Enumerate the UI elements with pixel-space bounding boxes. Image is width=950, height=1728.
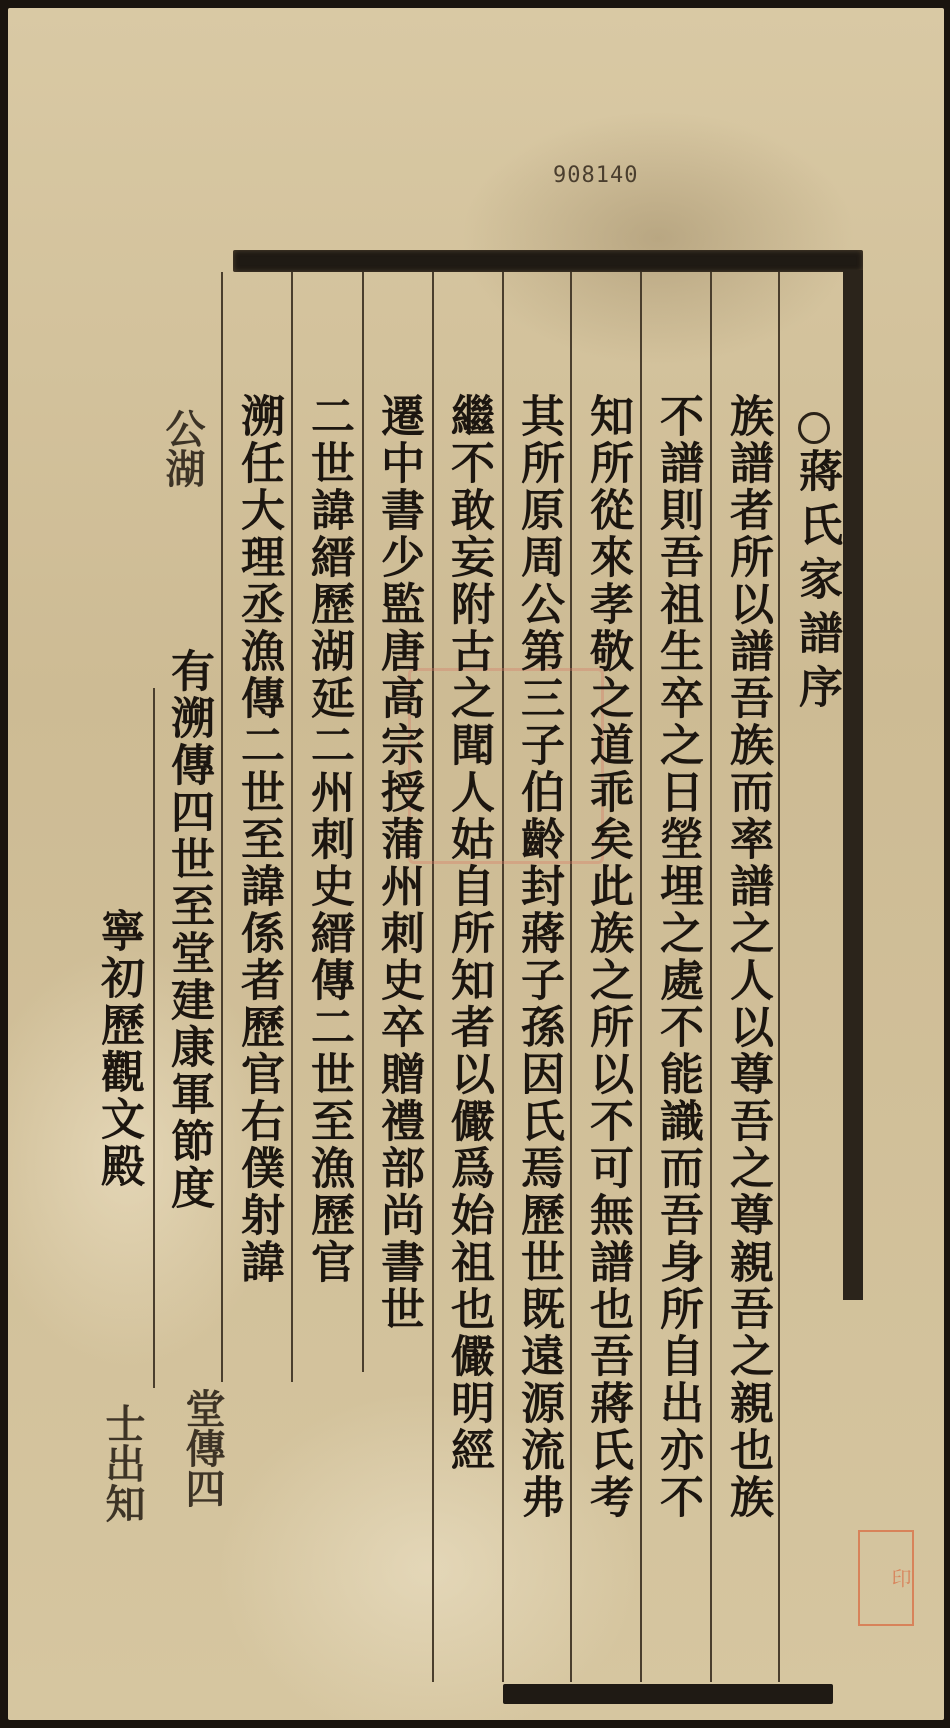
text-column-8: 溯任大理丞漁傳二世至諱係者歷官右僕射諱 [232,393,284,1286]
genealogy-page: 908140 蔣氏家譜序 族譜者所以譜吾族而率譜之人以尊吾之尊親吾之親也族 不譜… [8,8,944,1720]
text-column-5: 繼不敢妄附古之聞人姑自所知者以儼爲始祖也儼明經 [442,393,494,1474]
damaged-text-fragment: 士出知 [98,1403,146,1523]
column-divider [570,272,572,1682]
damaged-text-fragment: 公湖 [158,408,206,488]
text-column-2: 不譜則吾祖生卒之日塋埋之處不能識而吾身所自出亦不 [651,393,703,1521]
text-column-10: 寧初歷觀文殿 [92,908,144,1190]
text-column-6: 遷中書少監唐高宗授蒲州刺史卒贈禮部尚書世 [372,393,424,1333]
frame-bottom-border [503,1684,833,1704]
column-divider [778,272,780,1682]
catalog-number: 908140 [553,163,638,188]
text-column-9: 有溯傳四世至堂建康軍節度 [162,648,214,1212]
column-divider [432,272,434,1682]
column-divider [710,272,712,1682]
frame-right-border [843,270,863,1300]
circle-marker-icon [798,412,830,444]
column-divider [221,272,223,1382]
column-divider [640,272,642,1682]
damaged-text-fragment: 堂傳四 [178,1388,226,1508]
preface-title: 蔣氏家譜序 [790,448,842,718]
text-column-7: 二世諱縉歷湖延二州刺史縉傳二世至漁歷官 [302,393,354,1286]
faded-seal-stamp [408,668,604,864]
column-divider [502,272,504,1682]
frame-top-border [233,250,863,272]
text-column-1: 族譜者所以譜吾族而率譜之人以尊吾之尊親吾之親也族 [721,393,773,1521]
text-column-4: 其所原周公第三子伯齡封蔣子孫因氏焉歷世既遠源流弗 [512,393,564,1521]
red-seal-stamp: 印 [858,1530,914,1626]
text-column-3: 知所從來孝敬之道乖矣此族之所以不可無譜也吾蔣氏考 [581,393,633,1521]
column-divider [362,272,364,1372]
column-divider [291,272,293,1382]
column-divider [153,688,155,1388]
